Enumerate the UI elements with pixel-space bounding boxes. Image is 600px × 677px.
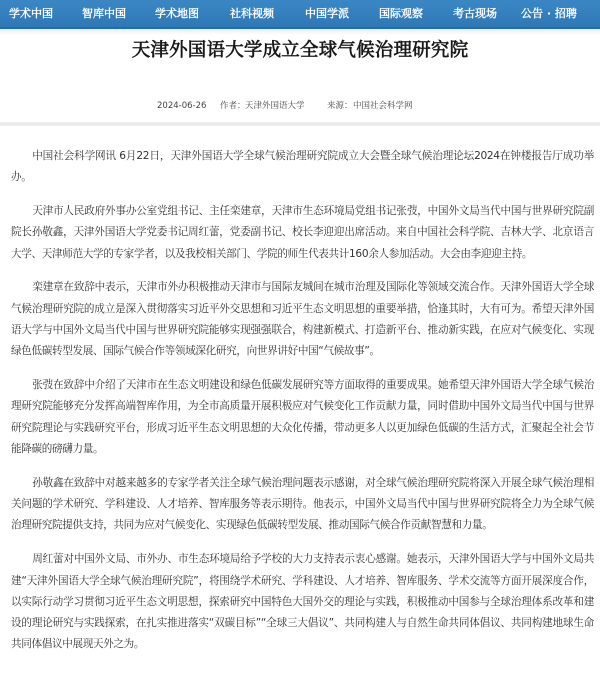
nav-item-social-science-video[interactable]: 社科视频 [230,7,274,21]
article-source: 中国社会科学网 [353,100,413,112]
article-paragraph: 张弢在致辞中介绍了天津市在生态文明建设和绿色低碳发展研究等方面取得的重要成果。她… [11,375,594,460]
top-navigation-bar: 学术中国 智库中国 学术地图 社科视频 中国学派 国际观察 考古现场 公告 · … [0,0,600,29]
article-title: 天津外国语大学成立全球气候治理研究院 [0,38,600,64]
nav-item-chinese-school[interactable]: 中国学派 [305,7,349,21]
article-paragraph: 天津市人民政府外事办公室党组书记、主任栾建章，天津市生态环境局党组书记张弢，中国… [11,201,594,265]
article-paragraph: 栾建章在致辞中表示，天津市外办积极推动天津市与国际友城间在城市治理及国际化等领域… [11,277,594,362]
nav-item-academic-map[interactable]: 学术地图 [155,7,199,21]
article-paragraph: 周红蕾对中国外文局、市外办、市生态环境局给予学校的大力支持表示衷心感谢。她表示，… [11,549,594,655]
article-paragraph: 孙敬鑫在致辞中对越来越多的专家学者关注全球气候治理问题表示感谢，对全球气候治理研… [11,473,594,537]
source-label: 来源： [327,100,353,112]
author-label: 作者： [220,100,246,112]
nav-item-think-tank-china[interactable]: 智库中国 [82,7,126,21]
nav-item-international-observation[interactable]: 国际观察 [379,7,423,21]
nav-shadow [0,29,600,35]
article-date: 2024-06-26 [157,100,206,112]
header-divider [0,122,600,126]
article-body: 中国社会科学网讯 6月22日，天津外国语大学全球气候治理研究院成立大会暨全球气候… [11,146,594,668]
article-author: 天津外国语大学 [245,100,305,112]
nav-item-announcements-recruitment[interactable]: 公告 · 招聘 [521,7,577,21]
nav-item-archaeology-site[interactable]: 考古现场 [453,7,497,21]
nav-item-academic-china[interactable]: 学术中国 [9,7,53,21]
article-paragraph: 中国社会科学网讯 6月22日，天津外国语大学全球气候治理研究院成立大会暨全球气候… [11,146,594,189]
